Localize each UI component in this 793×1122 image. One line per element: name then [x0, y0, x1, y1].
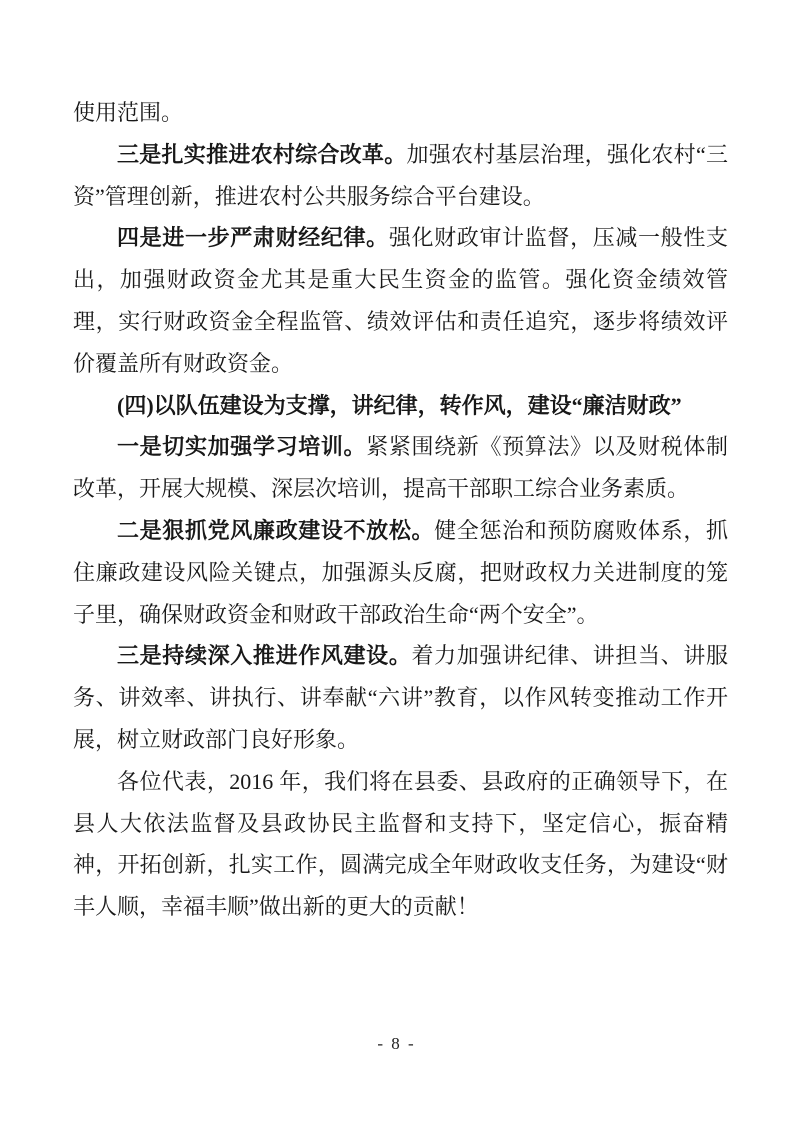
paragraph-continuation: 使用范围。 [73, 92, 728, 134]
paragraph-point-two: 二是狠抓党风廉政建设不放松。健全惩治和预防腐败体系，抓住廉政建设风险关键点，加强… [73, 510, 728, 635]
paragraph-point-three-style: 三是持续深入推进作风建设。着力加强讲纪律、讲担当、讲服务、讲效率、讲执行、讲奉献… [73, 635, 728, 760]
document-body: 使用范围。 三是扎实推进农村综合改革。加强农村基层治理，强化农村“三资”管理创新… [73, 92, 728, 928]
page-number: - 8 - [377, 1034, 415, 1053]
section-heading-four: (四)以队伍建设为支撑，讲纪律，转作风，建设“廉洁财政” [73, 385, 728, 427]
paragraph-point-one: 一是切实加强学习培训。紧紧围绕新《预算法》以及财税体制改革，开展大规模、深层次培… [73, 426, 728, 510]
document-page: 使用范围。 三是扎实推进农村综合改革。加强农村基层治理，强化农村“三资”管理创新… [0, 0, 793, 1122]
paragraph-lead-bold: 一是切实加强学习培训。 [117, 434, 366, 459]
paragraph-lead-bold: 四是进一步严肃财经纪律。 [117, 225, 389, 250]
paragraph-lead-bold: 三是扎实推进农村综合改革。 [117, 142, 406, 167]
paragraph-closing: 各位代表，2016 年，我们将在县委、县政府的正确领导下，在县人大依法监督及县政… [73, 761, 728, 928]
paragraph-point-three: 三是扎实推进农村综合改革。加强农村基层治理，强化农村“三资”管理创新，推进农村公… [73, 134, 728, 218]
paragraph-point-four: 四是进一步严肃财经纪律。强化财政审计监督，压减一般性支出，加强财政资金尤其是重大… [73, 217, 728, 384]
section-heading-bold: (四)以队伍建设为支撑，讲纪律，转作风，建设“廉洁财政” [117, 393, 682, 418]
paragraph-text: 使用范围。 [73, 100, 183, 125]
page-footer: - 8 - [0, 1034, 793, 1054]
paragraph-lead-bold: 二是狠抓党风廉政建设不放松。 [117, 518, 434, 543]
paragraph-text: 各位代表，2016 年，我们将在县委、县政府的正确领导下，在县人大依法监督及县政… [73, 769, 728, 919]
paragraph-lead-bold: 三是持续深入推进作风建设。 [117, 643, 412, 668]
